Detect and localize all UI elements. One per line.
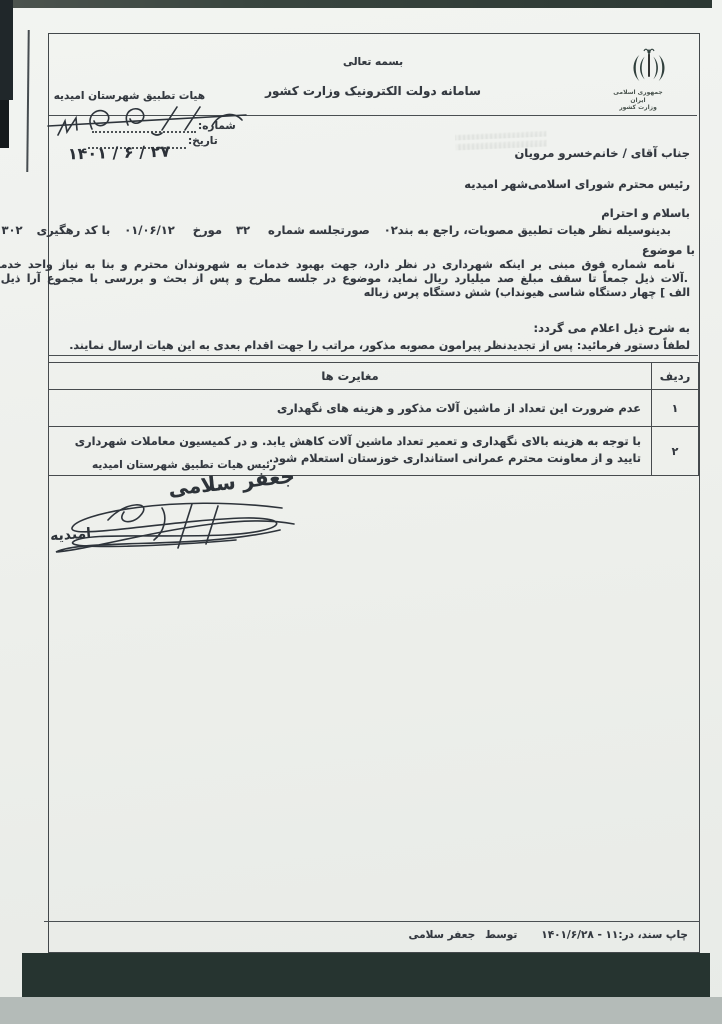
- row-text: عدم ضرورت این تعداد از ماشین آلات مذکور …: [49, 390, 652, 427]
- recipient-title: رئیس محترم شورای اسلامی: [528, 177, 690, 191]
- bismillah-line: بسمه تعالی: [48, 56, 698, 68]
- recipient-city: شهر امیدیه: [464, 177, 528, 191]
- subject-line2: .آلات ذیل جمعاً تا سقف مبلغ صد میلیارد ر…: [0, 272, 688, 285]
- subject-items-line: الف ] چهار دستگاه شاسی هیوندا ب) شش دستگ…: [330, 286, 690, 299]
- table-header-row: ردیف مغایرت ها: [49, 363, 699, 390]
- intro-date-value: ۰۱/۰۶/۱۲: [124, 223, 175, 237]
- intro-tracking-code: ۴۰۰۴۰۱۰۲۸۲۰۳۰۲: [0, 223, 23, 237]
- footer-divider: [44, 921, 700, 922]
- intro-lead: بدینوسیله نظر هیات تطبیق مصوبات، راجع به…: [398, 223, 671, 237]
- recipient-name: خسرو مرویان: [514, 146, 592, 160]
- recipient-title-line: رئیس محترم شورای اسلامی شهر امیدیه: [454, 177, 690, 191]
- signature-scrawl-word: امیدیه: [49, 526, 91, 545]
- emblem-caption-line1: جمهوری اسلامی ایران: [606, 89, 670, 104]
- intro-minutes-label: صورتجلسه شماره: [268, 223, 370, 237]
- handwritten-number-scrawl: [44, 95, 252, 141]
- intro-tracking-label: با کد رهگیری: [37, 223, 111, 237]
- subject-label: با موضوع: [642, 243, 695, 257]
- recipient-line: جناب آقای / خانم خسرو مرویان: [500, 146, 690, 160]
- recipient-salutation: جناب آقای / خانم: [593, 146, 690, 160]
- scan-bottom-band: [22, 953, 710, 997]
- emblem-caption-line2: وزارت کشور: [606, 104, 670, 112]
- col-header-discrepancies: مغایرت ها: [49, 363, 652, 390]
- handwritten-date: ۱۴۰۱ / ۶ / ۲۷: [55, 141, 183, 163]
- instruction-line: لطفاً دستور فرمائید: پس از تجدیدنظر پیرا…: [69, 339, 690, 352]
- print-datetime: :۱۱ - ۱۴۰۱/۶/۲۸: [541, 929, 622, 941]
- scanned-letter-page: بسمه تعالی سامانه دولت الکترونیک وزارت ک…: [0, 0, 722, 1024]
- print-via-label: توسط: [485, 929, 517, 941]
- scan-bottom-strip: [0, 997, 722, 1024]
- subject-item-a: الف ] چهار دستگاه شاسی هیوندا: [511, 286, 690, 299]
- scan-top-bar: [0, 0, 712, 8]
- intro-line: بدینوسیله نظر هیات تطبیق مصوبات، راجع به…: [0, 223, 671, 237]
- subject-item-b: ب) شش دستگاه پرس زباله: [364, 286, 511, 299]
- table-row: ۱ عدم ضرورت این تعداد از ماشین آلات مذکو…: [49, 390, 699, 427]
- col-header-row-number: ردیف: [652, 363, 699, 390]
- intro-clause-number: ۰۲: [384, 223, 398, 237]
- section-divider: [48, 355, 698, 356]
- scan-left-edge-bottom: [0, 0, 13, 100]
- print-label: چاپ سند، در: [623, 929, 688, 941]
- emblem-caption: جمهوری اسلامی ایران وزارت کشور: [606, 89, 670, 112]
- row-number: ۲: [652, 427, 699, 476]
- subject-line1: نامه شماره فوق مبنی بر اینکه شهرداری در …: [0, 258, 675, 271]
- iran-coat-of-arms-icon: [626, 47, 672, 89]
- intro-date-label: مورخ: [193, 223, 222, 237]
- declaration-line: به شرح ذیل اعلام می گردد:: [533, 321, 690, 335]
- scan-fold-line: [26, 30, 29, 172]
- date-label: تاریخ:: [188, 135, 218, 147]
- greeting-line: باسلام و احترام: [601, 206, 690, 220]
- row-number: ۱: [652, 390, 699, 427]
- print-via-name: جعفر سلامی: [409, 929, 476, 941]
- print-info-line: چاپ سند، در :۱۱ - ۱۴۰۱/۶/۲۸ توسط جعفر سل…: [385, 929, 689, 941]
- intro-minutes-number: ۳۲: [236, 223, 250, 237]
